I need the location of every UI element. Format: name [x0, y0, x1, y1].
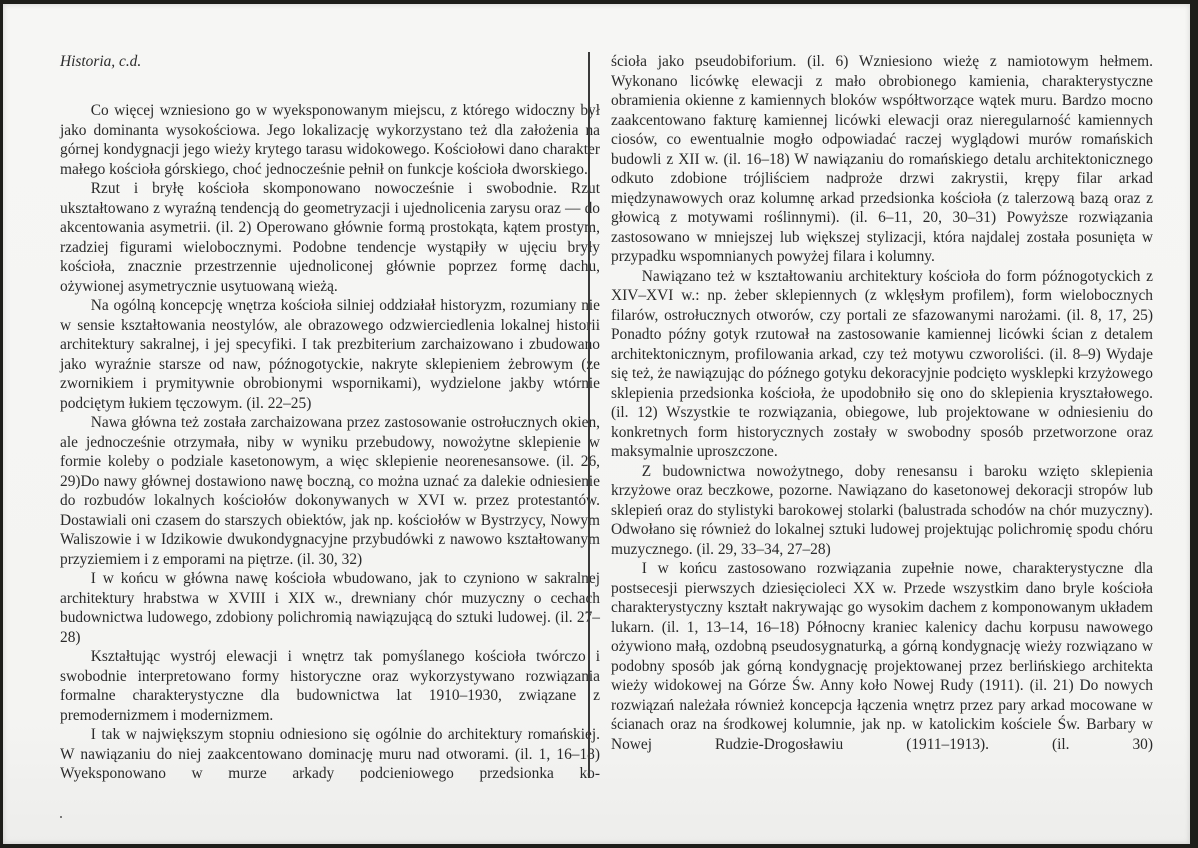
- book-spread: Historia, c.d. Co więcej wzniesiono go w…: [3, 4, 1190, 844]
- left-column-body: Co więcej wzniesiono go w wyeksponowanym…: [60, 101, 600, 784]
- paragraph: Z budownictwa nowożytnego, doby renesans…: [611, 462, 1153, 560]
- paragraph: Nawiązano też w kształtowaniu architektu…: [611, 267, 1153, 462]
- paragraph: Kształtując wystrój elewacji i wnętrz ta…: [60, 647, 600, 725]
- paragraph: I w końcu zastosowano rozwiązania zupełn…: [611, 559, 1153, 754]
- right-column-body: ścioła jako pseudobiforium. (il. 6) Wzni…: [611, 52, 1153, 754]
- scan-edge: [1190, 0, 1198, 848]
- paragraph: Co więcej wzniesiono go w wyeksponowanym…: [60, 101, 600, 179]
- paragraph-continuation: ścioła jako pseudobiforium. (il. 6) Wzni…: [611, 52, 1153, 267]
- paragraph: Na ogólną koncepcję wnętrza kościoła sil…: [60, 296, 600, 413]
- scan-speck: [60, 816, 62, 818]
- column-divider: [588, 52, 590, 778]
- paragraph: Nawa główna też została zarchaizowana pr…: [60, 413, 600, 569]
- paragraph: I w końcu w główna nawę kościoła wbudowa…: [60, 569, 600, 647]
- running-head: Historia, c.d.: [60, 52, 141, 71]
- paragraph: I tak w największym stopniu odniesiono s…: [60, 725, 600, 784]
- paragraph: Rzut i bryłę kościoła skomponowano nowoc…: [60, 179, 600, 296]
